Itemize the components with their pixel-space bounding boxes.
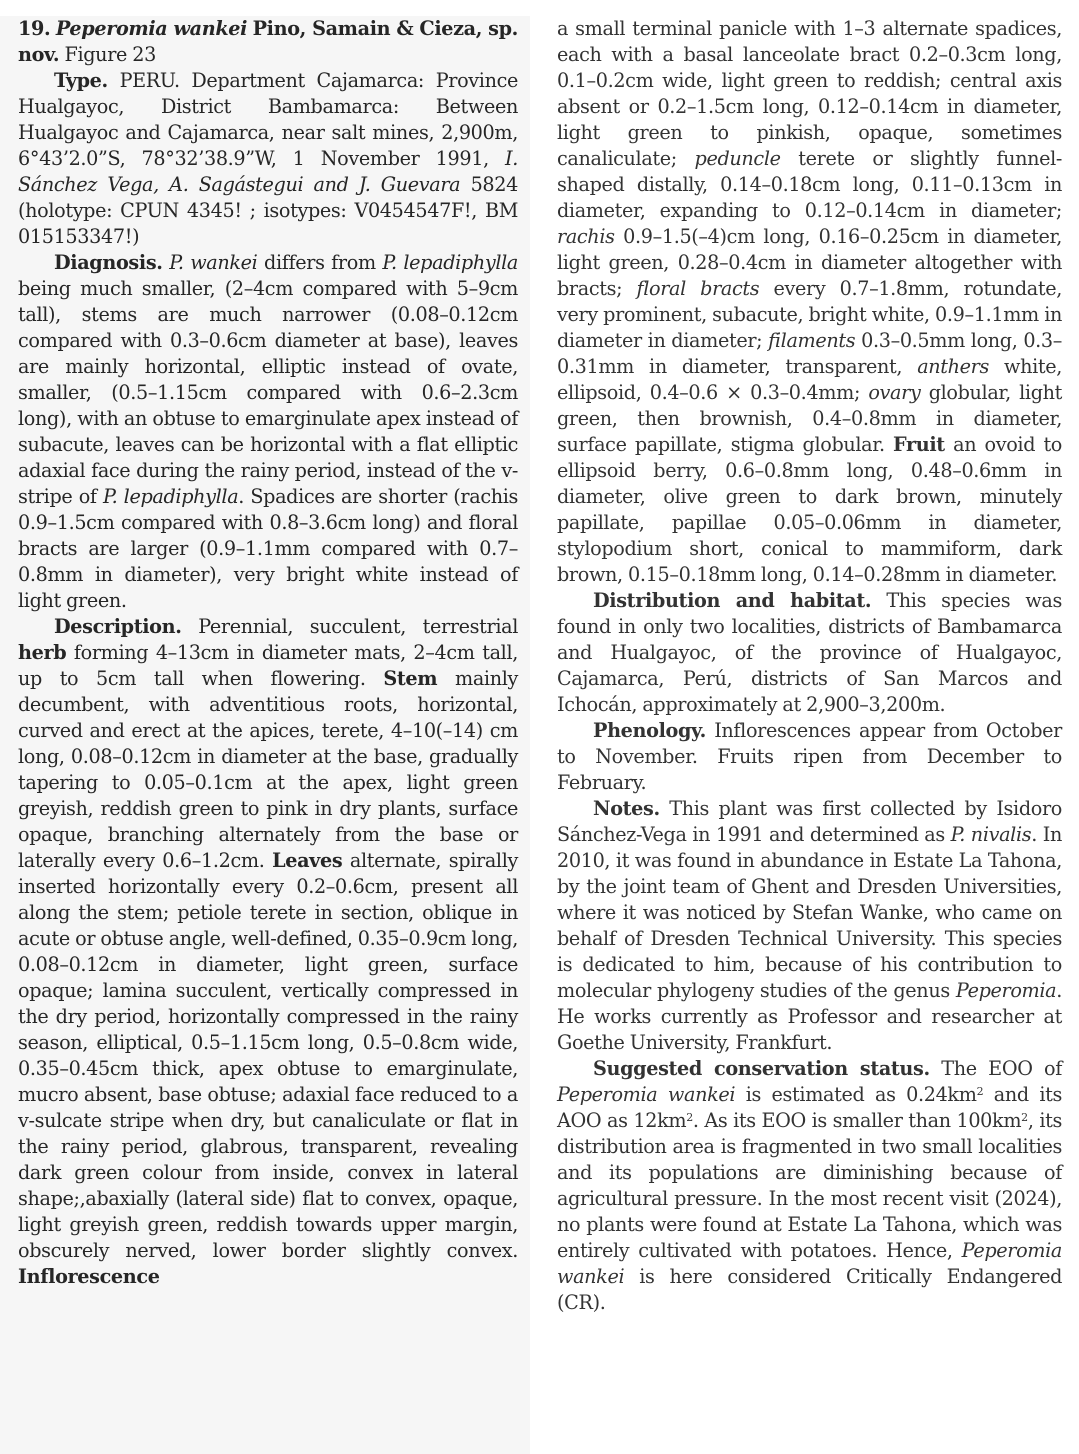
genus-ref: Peperomia (956, 979, 1056, 1002)
herb-label: herb (18, 641, 66, 664)
description-text: forming 4–13cm in diameter mats, 2–4cm t… (18, 641, 518, 690)
distribution-label: Distribution and habitat. (593, 589, 871, 612)
peduncle-label: peduncle (695, 147, 781, 170)
conservation-text: is estimated as 0.24km (746, 1083, 977, 1106)
ovary-label: ovary (868, 381, 920, 404)
filaments-label: filaments (768, 329, 855, 352)
conservation-label: Suggested conservation status. (593, 1057, 930, 1080)
description-text: alternate, spirally inserted horizontall… (18, 849, 518, 1262)
description-continued: a small terminal panicle with 1–3 altern… (557, 16, 1062, 588)
conservation-paragraph: Suggested conservation status. The EOO o… (557, 1056, 1062, 1316)
superscript: 2 (686, 1111, 693, 1124)
phenology-label: Phenology. (593, 719, 706, 742)
anthers-label: anthers (917, 355, 989, 378)
species-name: Peperomia wankei (56, 17, 247, 40)
description-text: Perennial, succulent, terrestrial (198, 615, 518, 638)
diagnosis-paragraph: Diagnosis. P. wankei differs from P. lep… (18, 250, 518, 614)
species-ref: Peperomia wankei (557, 1083, 735, 1106)
stem-label: Stem (383, 667, 437, 690)
diagnosis-text: differs from (264, 251, 376, 274)
fruit-label: Fruit (893, 433, 945, 456)
description-paragraph: Description. Perennial, succulent, terre… (18, 614, 518, 1290)
species-ref: P. lepadiphylla (103, 485, 238, 508)
type-paragraph: Type. PERU. Department Cajamarca: Provin… (18, 68, 518, 250)
left-column: 19. Peperomia wankei Pino, Samain & Ciez… (18, 16, 518, 1290)
diagnosis-text: being much smaller, (2–4cm compared with… (18, 277, 518, 508)
species-ref: P. wankei (169, 251, 257, 274)
notes-text: . In 2010, it was found in abundance in … (557, 823, 1062, 1002)
conservation-text: The EOO of (941, 1057, 1062, 1080)
description-label: Description. (54, 615, 182, 638)
description-text: mainly decumbent, with adventitious root… (18, 667, 518, 872)
diagnosis-label: Diagnosis. (54, 251, 163, 274)
notes-label: Notes. (593, 797, 660, 820)
distribution-paragraph: Distribution and habitat. This species w… (557, 588, 1062, 718)
rachis-label: rachis (557, 225, 615, 248)
type-label: Type. (54, 69, 108, 92)
conservation-text: is here considered Critically Endangered… (557, 1265, 1062, 1314)
floral-bracts-label: floral bracts (636, 277, 759, 300)
superscript: 2 (1021, 1111, 1028, 1124)
species-ref: P. lepadiphylla (382, 251, 518, 274)
species-ref: P. nivalis (951, 823, 1032, 846)
species-number: 19. (18, 17, 50, 40)
inflorescence-label: Inflorescence (18, 1265, 160, 1288)
figure-reference: Figure 23 (65, 43, 156, 66)
species-heading: 19. Peperomia wankei Pino, Samain & Ciez… (18, 16, 518, 68)
conservation-text: . As its EOO is smaller than 100km (693, 1109, 1021, 1132)
superscript: 2 (977, 1085, 984, 1098)
notes-paragraph: Notes. This plant was first collected by… (557, 796, 1062, 1056)
leaves-label: Leaves (272, 849, 342, 872)
right-column: a small terminal panicle with 1–3 altern… (557, 16, 1062, 1316)
phenology-paragraph: Phenology. Inflorescences appear from Oc… (557, 718, 1062, 796)
